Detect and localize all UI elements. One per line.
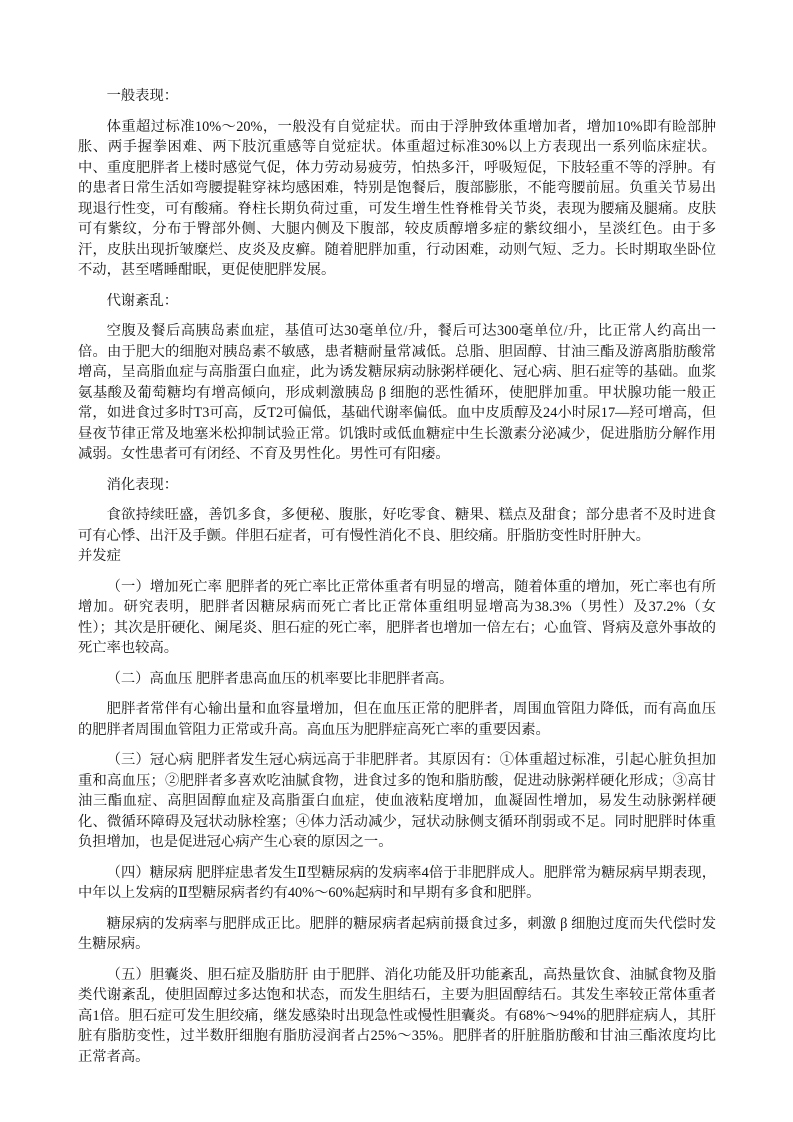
heading-metabolic-disorders: 代谢紊乱： — [78, 291, 716, 312]
para-complication-5-gallbladder: （五）胆囊炎、胆石症及脂肪肝 由于肥胖、消化功能及肝功能紊乱，高热量饮食、油腻食… — [78, 965, 716, 1068]
para-metabolic-disorders: 空腹及餐后高胰岛素血症，基值可达30毫单位/升，餐后可达300毫单位/升，比正常… — [78, 321, 716, 465]
para-hypertension-detail: 肥胖者常伴有心输出量和血容量增加，但在血压正常的肥胖者，周围血管阻力降低，而有高… — [78, 699, 716, 740]
para-digestive-manifestations: 食欲持续旺盛，善饥多食，多便秘、腹胀，好吃零食、糖果、糕点及甜食；部分患者不及时… — [78, 505, 716, 546]
heading-general-manifestations: 一般表现： — [78, 86, 716, 107]
para-complication-1-mortality: （一）增加死亡率 肥胖者的死亡率比正常体重者有明显的增高，随着体重的增加，死亡率… — [78, 577, 716, 659]
para-general-manifestations: 体重超过标准10%～20%，一般没有自觉症状。而由于浮肿致体重增加者，增加10%… — [78, 117, 716, 281]
para-complication-4-diabetes: （四）糖尿病 肥胖症患者发生Ⅱ型糖尿病的发病率4倍于非肥胖成人。肥胖常为糖尿病早… — [78, 863, 716, 904]
para-complication-2-hypertension: （二）高血压 肥胖者患高血压的机率要比非肥胖者高。 — [78, 669, 716, 690]
line-complications-title: 并发症 — [78, 546, 716, 567]
heading-digestive-manifestations: 消化表现： — [78, 475, 716, 496]
para-complication-3-coronary: （三）冠心病 肥胖者发生冠心病远高于非肥胖者。其原因有：①体重超过标准，引起心脏… — [78, 750, 716, 853]
para-diabetes-detail: 糖尿病的发病率与肥胖成正比。肥胖的糖尿病者起病前摄食过多，刺激 β 细胞过度而失… — [78, 914, 716, 955]
document-page: 一般表现： 体重超过标准10%～20%，一般没有自觉症状。而由于浮肿致体重增加者… — [0, 0, 793, 1122]
